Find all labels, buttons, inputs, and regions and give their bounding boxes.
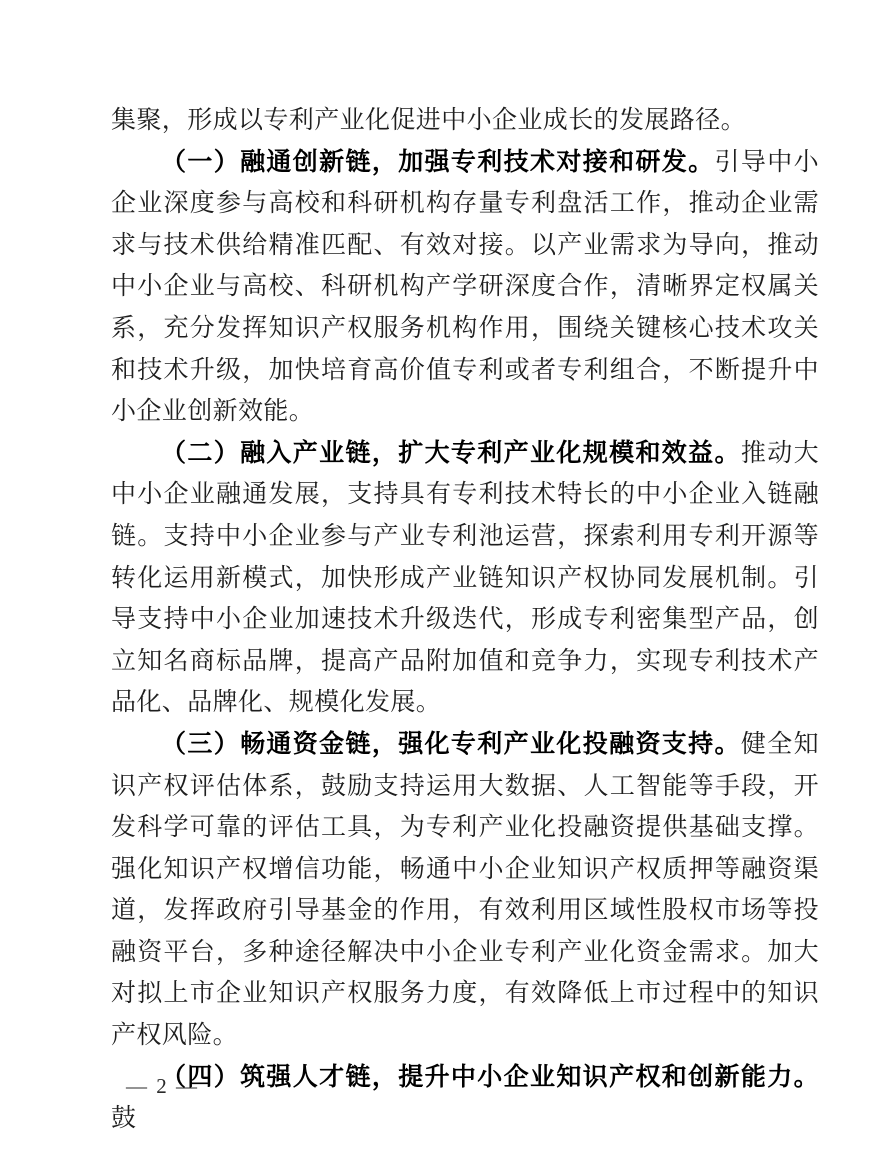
- section-heading-4: （四）筑强人才链，提升中小企业知识产权和创新能力。: [161, 1064, 819, 1091]
- paragraph: （三）畅通资金链，强化专利产业化投融资支持。健全知识产权评估体系，鼓励支持运用大…: [111, 724, 819, 1057]
- paragraph-text: 推动大中小企业融通发展，支持具有专利技术特长的中小企业入链融链。支持中小企业参与…: [111, 440, 819, 717]
- paragraph-text: 集聚，形成以专利产业化促进中小企业成长的发展路径。: [111, 107, 746, 134]
- paragraph: （一）融通创新链，加强专利技术对接和研发。引导中小企业深度参与高校和科研机构存量…: [111, 142, 819, 433]
- page-number: — 2 —: [126, 1074, 199, 1099]
- paragraph-text: 健全知识产权评估体系，鼓励支持运用大数据、人工智能等手段，开发科学可靠的评估工具…: [111, 731, 819, 1049]
- section-heading-3: （三）畅通资金链，强化专利产业化投融资支持。: [161, 731, 741, 758]
- document-page: 集聚，形成以专利产业化促进中小企业成长的发展路径。 （一）融通创新链，加强专利技…: [0, 0, 884, 1155]
- section-heading-1: （一）融通创新链，加强专利技术对接和研发。: [161, 149, 715, 176]
- paragraph-text: 引导中小企业深度参与高校和科研机构存量专利盘活工作，推动企业需求与技术供给精准匹…: [111, 149, 819, 426]
- paragraph: 集聚，形成以专利产业化促进中小企业成长的发展路径。: [111, 100, 819, 142]
- document-body: 集聚，形成以专利产业化促进中小企业成长的发展路径。 （一）融通创新链，加强专利技…: [111, 100, 819, 1140]
- section-heading-2: （二）融入产业链，扩大专利产业化规模和效益。: [161, 440, 741, 467]
- paragraph: （二）融入产业链，扩大专利产业化规模和效益。推动大中小企业融通发展，支持具有专利…: [111, 433, 819, 724]
- paragraph: （四）筑强人才链，提升中小企业知识产权和创新能力。鼓: [111, 1057, 819, 1140]
- paragraph-text: 鼓: [111, 1105, 136, 1132]
